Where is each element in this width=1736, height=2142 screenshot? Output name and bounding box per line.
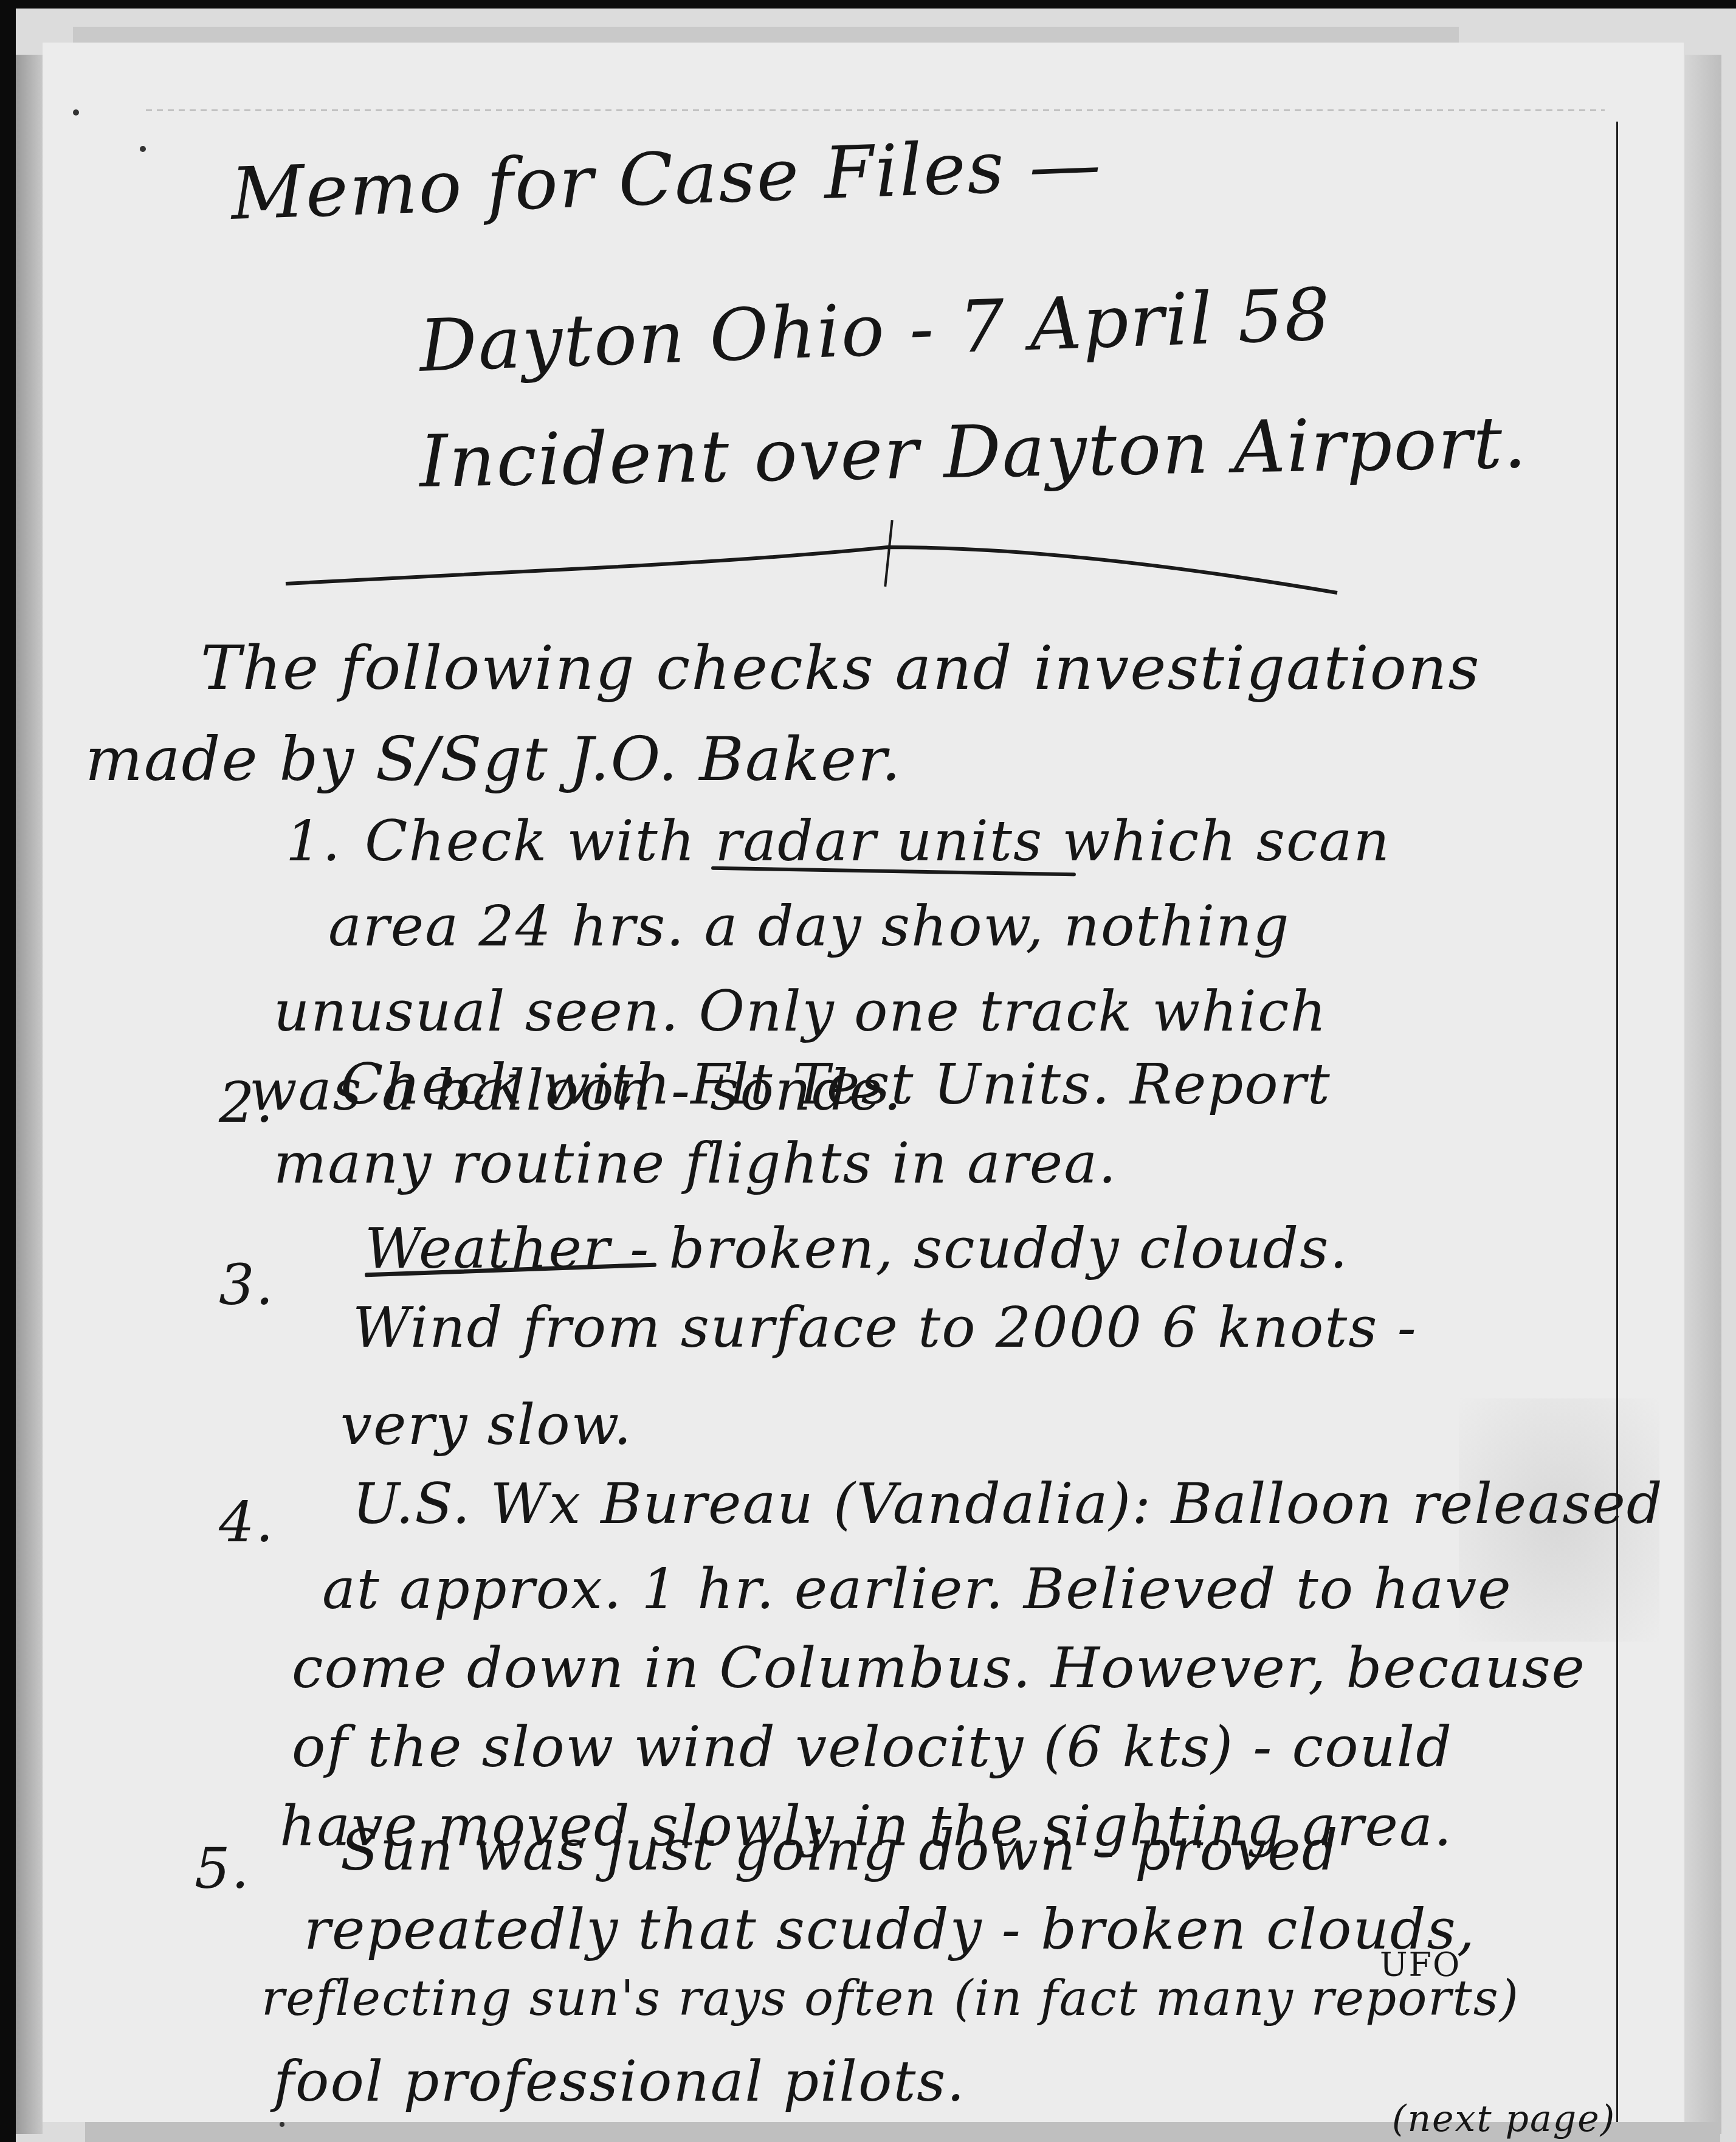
scan-speck [73, 109, 79, 116]
intro-line-1: The following checks and investigations [201, 632, 1481, 703]
scan-speck [280, 2122, 284, 2127]
scan-left-shadow [16, 55, 43, 2134]
item-5-line-3: reflecting sun's rays often (in fact man… [261, 1970, 1520, 2026]
scan-top-shadow [73, 27, 1459, 43]
item-5-line-4: fool professional pilots. [274, 2049, 966, 2114]
item-2-line-1: Check with Flt Test Units. Report [340, 1052, 1331, 1117]
item-1-line-1: Check with radar units which scan [365, 809, 1391, 874]
scan-right-shadow [1685, 55, 1721, 2134]
item-4-line-1: U.S. Wx Bureau (Vandalia): Balloon relea… [353, 1471, 1664, 1536]
item-3-number: 3. [219, 1252, 275, 1318]
item-1-line-2: area 24 hrs. a day show, nothing [328, 894, 1290, 959]
item-5-line-2: repeatedly that scuddy - broken clouds, [304, 1897, 1476, 1962]
intro-line-2: made by S/Sgt J.O. Baker. [85, 724, 902, 795]
next-page-note: (next page) [1392, 2098, 1616, 2140]
item-2-number: 2. [219, 1070, 275, 1135]
item-3-line-3: very slow. [340, 1392, 633, 1457]
item-5-line-1: Sun was just going down - proved [340, 1818, 1339, 1883]
item-1-line-3: unusual seen. Only one track which [274, 979, 1328, 1044]
ufo-superscript: UFO [1380, 1946, 1461, 1984]
item-5-number: 5. [195, 1836, 250, 1901]
item-4-line-3: come down in Columbus. However, because [292, 1636, 1586, 1701]
wavy-separator-line [280, 535, 1349, 608]
item-2-line-2: many routine flights in area. [274, 1131, 1117, 1196]
faint-ruled-line [146, 109, 1605, 111]
item-4-line-4: of the slow wind velocity (6 kts) - coul… [292, 1715, 1453, 1780]
item-4-line-2: at approx. 1 hr. earlier. Believed to ha… [322, 1556, 1512, 1622]
scan-speck [140, 146, 146, 152]
right-margin-line [1616, 122, 1618, 2122]
item-3-line-2: Wind from surface to 2000 6 knots - [353, 1295, 1417, 1360]
item-4-number: 4. [219, 1490, 275, 1555]
item-1-number: 1. [286, 809, 342, 874]
